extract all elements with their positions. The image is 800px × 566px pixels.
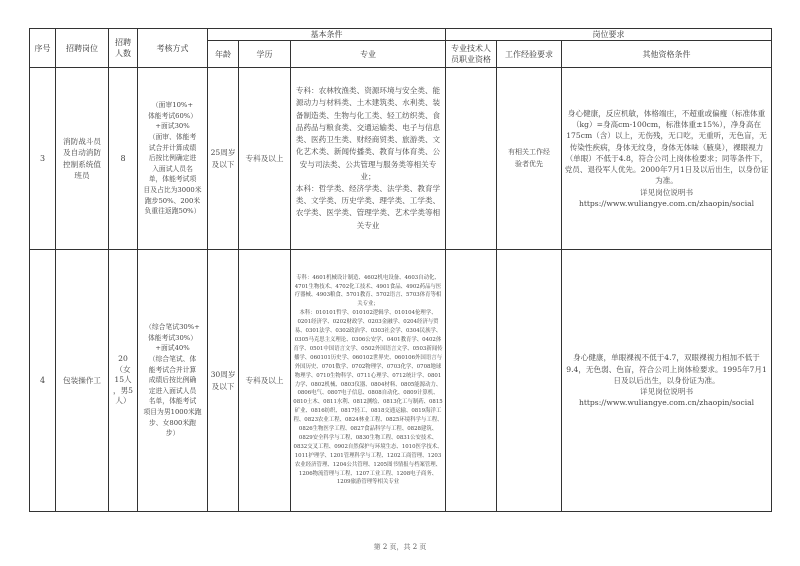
cell-other-conditions: 身心健康，反应机敏，体格端庄，不超重或偏瘦（标准体重（kg）=身高cm-100c… — [562, 68, 772, 250]
header-other-conditions: 其他资格条件 — [562, 41, 772, 68]
header-qualification: 专业技术人 员职业资格 — [446, 41, 497, 68]
cell-count: 20 （女 15人 ，男5 人） — [109, 250, 138, 512]
header-major: 专业 — [291, 41, 446, 68]
cell-seq: 4 — [30, 250, 56, 512]
cell-position: 消防战斗员 及自动消防 控制系统值 班员 — [56, 68, 109, 250]
header-position-requirements: 岗位要求 — [446, 29, 772, 41]
header-assessment: 考核方式 — [138, 29, 208, 68]
table-row: 4 包装操作工 20 （女 15人 ，男5 人） （综合笔试30%+ 体能考试3… — [30, 250, 772, 512]
cell-experience — [497, 250, 562, 512]
cell-major: 专科：农林牧渔类、资源环境与安全类、能源动力与材料类、土木建筑类、水利类、装备制… — [291, 68, 446, 250]
cell-other-conditions: 身心健康，单眼裸视不低于4.7，双眼裸视力相加不低于9.4，无色弱、色盲，符合公… — [562, 250, 772, 512]
table-row: 3 消防战斗员 及自动消防 控制系统值 班员 8 （面审10%+ 体能考试60%… — [30, 68, 772, 250]
cell-experience: 有相关工作经 验者优先 — [497, 68, 562, 250]
cell-seq: 3 — [30, 68, 56, 250]
header-basic-conditions: 基本条件 — [208, 29, 446, 41]
recruitment-table: 序号 招聘岗位 招聘 人数 考核方式 基本条件 岗位要求 年龄 学历 专业 专业… — [29, 28, 772, 512]
header-age: 年龄 — [208, 41, 239, 68]
header-seq: 序号 — [30, 29, 56, 68]
cell-assessment: （综合笔试30%+ 体能考试30%） +面试40% （综合笔试、体 能考试合并计… — [138, 250, 208, 512]
cell-assessment: （面审10%+ 体能考试60%） +面试30% （面审、体能考 试合并计算成绩 … — [138, 68, 208, 250]
header-education: 学历 — [239, 41, 291, 68]
cell-education: 专科及以上 — [239, 250, 291, 512]
cell-qualification — [446, 68, 497, 250]
cell-age: 30周岁 及以下 — [208, 250, 239, 512]
cell-position: 包装操作工 — [56, 250, 109, 512]
page-indicator: 第 2 页，共 2 页 — [0, 542, 800, 552]
cell-count: 8 — [109, 68, 138, 250]
header-count: 招聘 人数 — [109, 29, 138, 68]
header-experience: 工作经验要求 — [497, 41, 562, 68]
cell-age: 25周岁 及以下 — [208, 68, 239, 250]
cell-qualification — [446, 250, 497, 512]
header-position: 招聘岗位 — [56, 29, 109, 68]
cell-major: 专科：4601机械设计制造、4602机电设备、4603自动化、4701生物技术、… — [291, 250, 446, 512]
cell-education: 专科及以上 — [239, 68, 291, 250]
